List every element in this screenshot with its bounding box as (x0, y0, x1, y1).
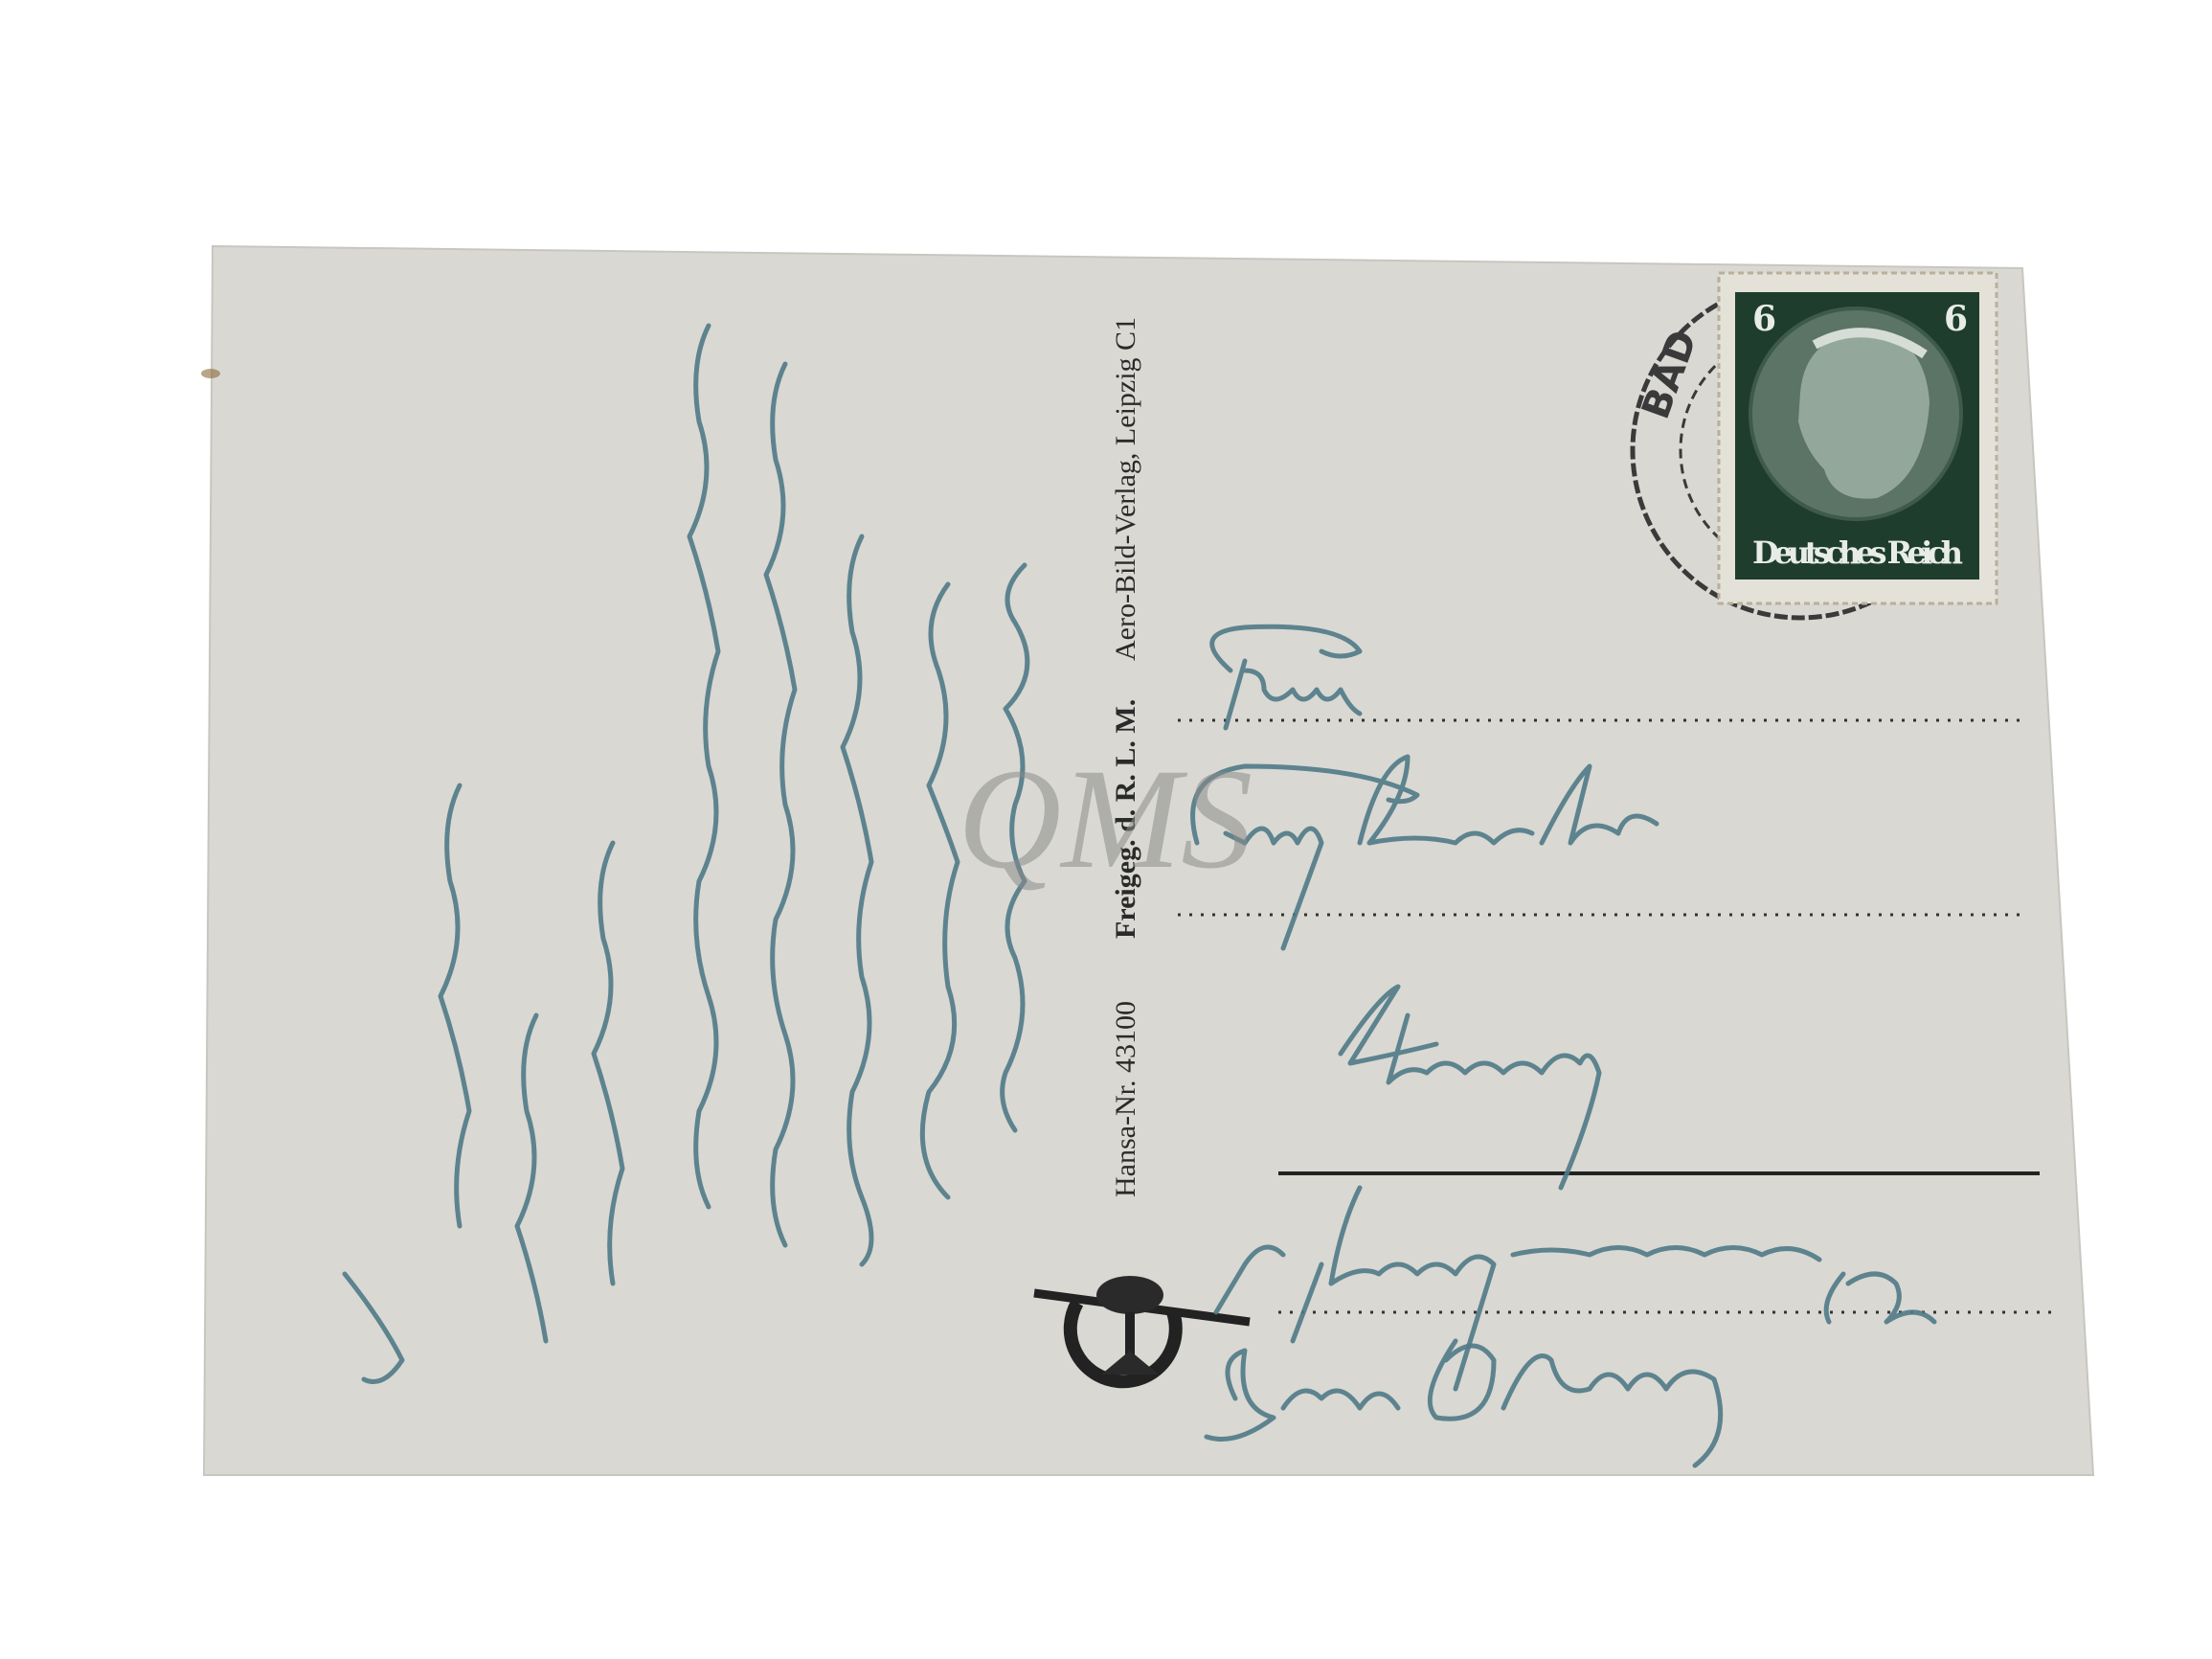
watermark: QMS (958, 739, 1253, 898)
svg-text:6: 6 (1752, 299, 1776, 339)
svg-text:6: 6 (1944, 299, 1968, 339)
postcard-photo: Hansa-Nr. 43100 Freigeg. d. R. L. M. Aer… (0, 0, 2212, 1659)
svg-text:Aero-Bild-Verlag, Leipzig C1: Aero-Bild-Verlag, Leipzig C1 (1110, 317, 1141, 661)
svg-text:Hansa-Nr. 43100: Hansa-Nr. 43100 (1110, 1001, 1141, 1197)
postage-stamp: 6 6 Deutsches Reich (1719, 273, 1997, 603)
svg-text:Deutsches Reich: Deutsches Reich (1752, 534, 1963, 571)
